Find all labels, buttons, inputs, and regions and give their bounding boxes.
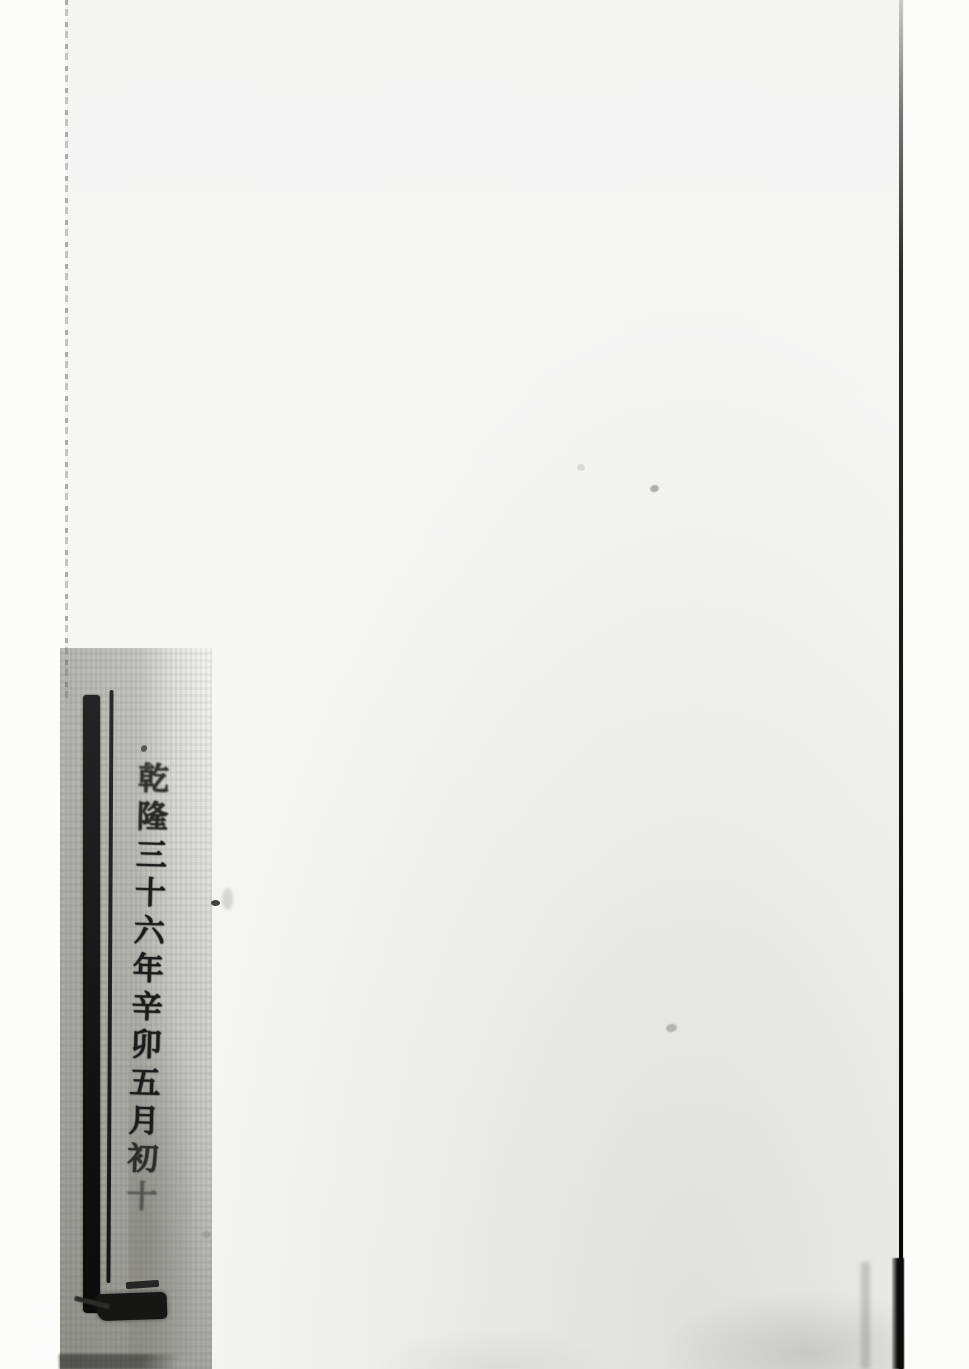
spine-bar-thick (83, 695, 100, 1313)
date-char: 十 (126, 1178, 158, 1217)
paper-stain (577, 464, 585, 471)
date-char: 六 (133, 912, 165, 951)
date-char: 初 (127, 1140, 159, 1179)
binding-bottom-strip (59, 1354, 179, 1369)
scanned-book-page: 乾 隆 三 十 六 年 辛 卯 五 月 初 十 (0, 0, 969, 1369)
right-edge-line-bottom (892, 1258, 904, 1369)
date-char: 年 (132, 950, 164, 989)
date-char: 乾 (137, 760, 169, 799)
ink-speck (202, 1231, 211, 1238)
date-char: 三 (135, 836, 167, 875)
right-edge-smudge (861, 1262, 870, 1369)
right-edge-line (899, 0, 903, 1369)
date-char: 卯 (130, 1026, 162, 1065)
bottom-center-mottle (380, 1330, 610, 1369)
ink-smudge (222, 888, 233, 910)
date-char: 隆 (136, 798, 168, 837)
left-edge-crease (65, 0, 68, 700)
date-char: 十 (134, 874, 166, 913)
date-char: 五 (129, 1064, 161, 1103)
date-char: 辛 (131, 988, 163, 1027)
ink-speck (211, 900, 220, 906)
ink-smudge (183, 1188, 189, 1218)
date-char: 月 (128, 1102, 160, 1141)
